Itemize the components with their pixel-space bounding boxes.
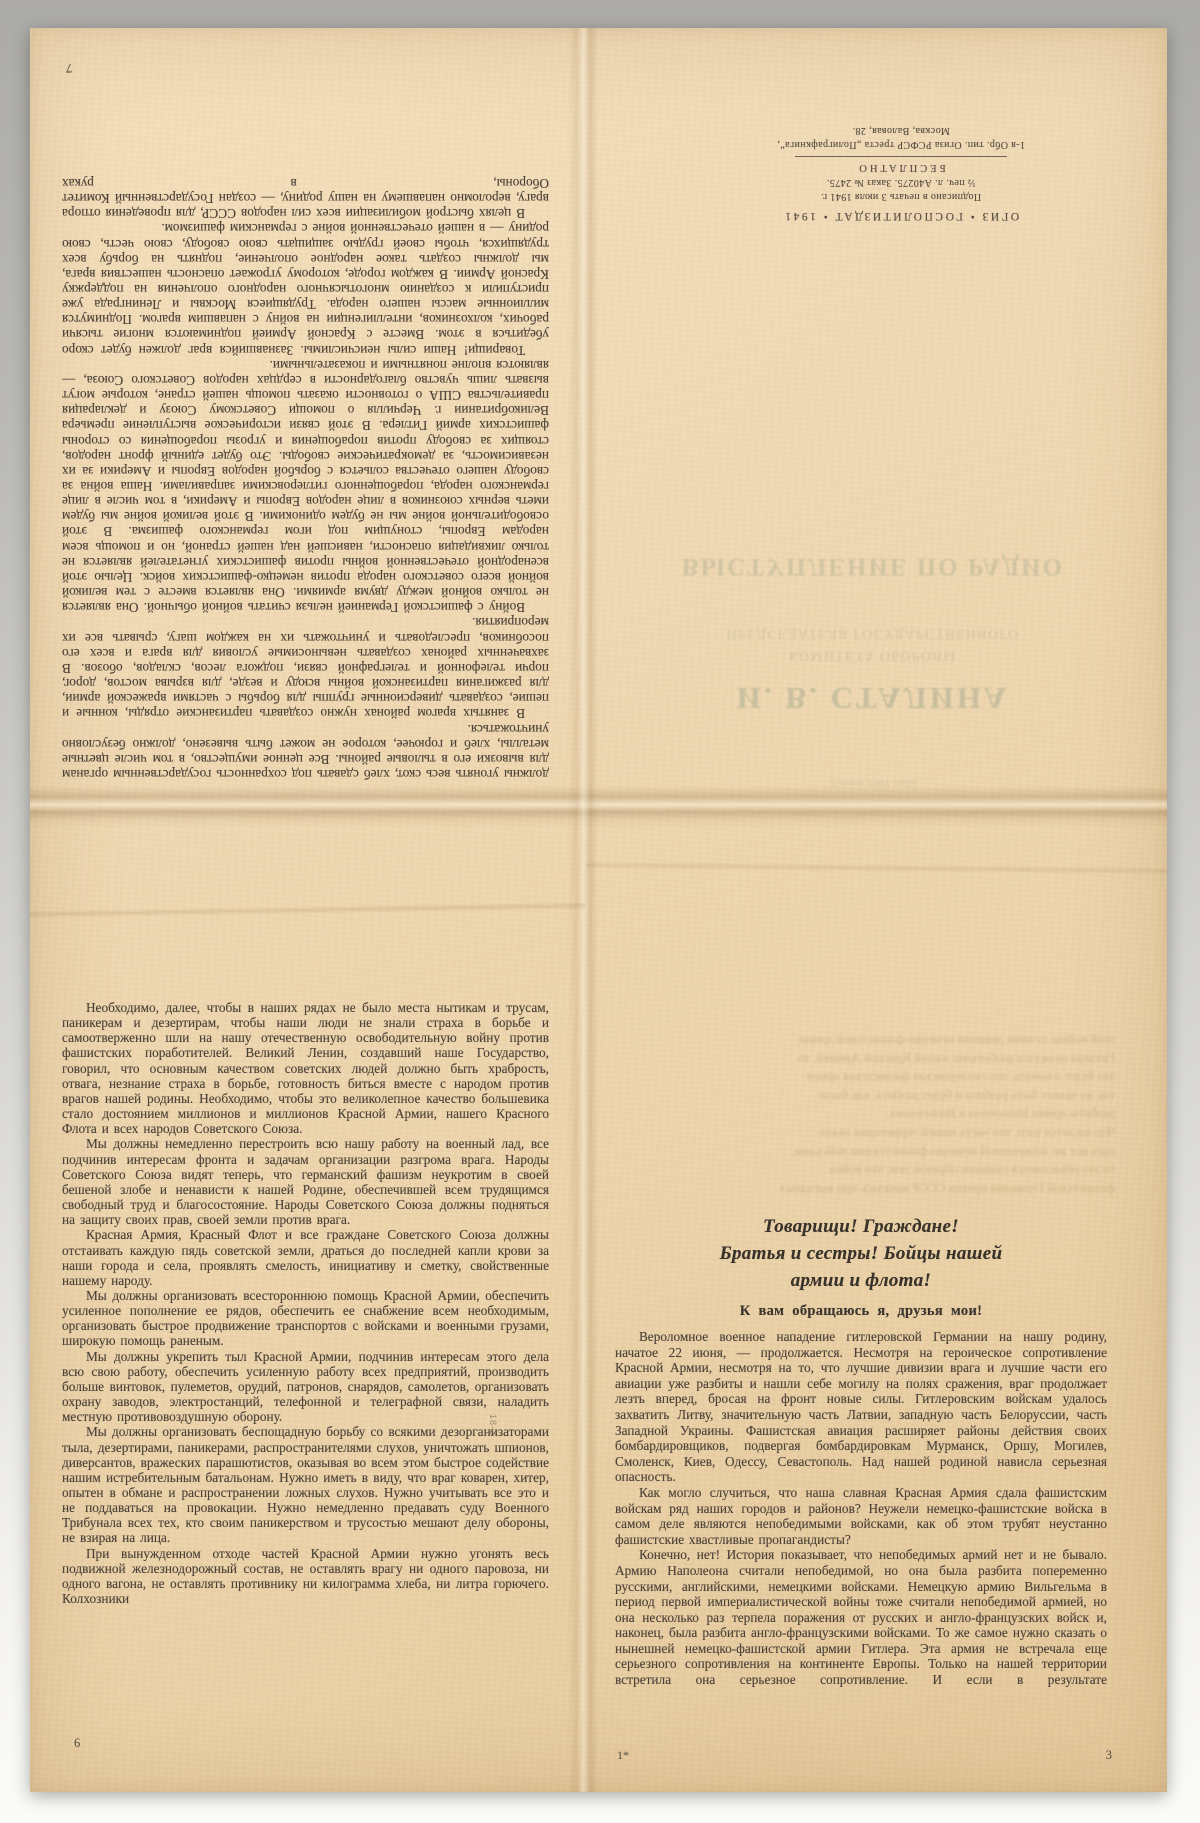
ghost-title-line: ПРЕДСЕДАТЕЛЯ ГОСУДАРСТВЕННОГО [620, 626, 1126, 642]
page3: Товарищи! Граждане! Братья и сестры! Бой… [615, 1213, 1107, 1688]
colophon-print-info-2: ½ печ. л. А40275. Заказ № 2475. [658, 176, 1144, 190]
page7-paragraph: В занятых врагом районах нужно создавать… [62, 615, 549, 721]
vertical-fold-crease [568, 28, 598, 1792]
page7-page-number: 7 [66, 60, 72, 75]
colophon-price-line: БЕСПЛАТНО [658, 162, 1144, 173]
page6-paragraph: Мы должны организовать беспощадную борьб… [62, 1424, 549, 1545]
scanned-leaflet-photo: { "page7": { "number": "7", "paragraphs"… [0, 0, 1200, 1823]
page7-paragraph: Войну с фашистской Германией нельзя счит… [62, 358, 549, 616]
showthrough-line: этой войны лучшие дивизии немецко-фашист… [618, 1030, 1115, 1049]
page7-upside-down: должны угонять весь скот, хлеб сдавать п… [62, 58, 549, 782]
page6-paragraph: Красная Армия, Красный Флот и все гражда… [62, 1227, 549, 1288]
unfolded-leaflet-sheet: должны угонять весь скот, хлеб сдавать п… [30, 28, 1167, 1792]
printers-signature-mark: 18-2 [488, 1414, 498, 1436]
colophon-upside-down: ОГИЗ • ГОСПОЛИТИЗДАТ • 1941 Подписано в … [658, 92, 1144, 222]
colophon-print-info-1: Подписано в печать 3 июля 1941 г. [658, 190, 1144, 204]
page3-paragraph: Вероломное военное нападение гитлеровско… [615, 1329, 1107, 1485]
colophon-printer-line-2: Москва, Валовая, 28. [658, 124, 1144, 138]
colophon-printer-line-1: 1-я Обр. тип. Огиза РСФСР треста „Полигр… [658, 138, 1144, 152]
page7-paragraph: Товарищи! Наши силы неисчислимы. Зазнавш… [62, 221, 549, 357]
page6-paragraph: Мы должны укрепить тыл Красной Армии, по… [62, 1349, 549, 1425]
heading-line: Братья и сестры! Бойцы нашей [615, 1240, 1107, 1267]
page7-paragraph: должны угонять весь скот, хлеб сдавать п… [62, 721, 549, 782]
showthrough-line: так же может быть разбита и будет разбит… [618, 1086, 1115, 1105]
page6-paragraph: Необходимо, далее, чтобы в наших рядах н… [62, 1000, 549, 1136]
showthrough-line: Что касается того, что часть нашей терри… [618, 1123, 1115, 1142]
minor-crease-right [586, 861, 1167, 875]
heading-line: Товарищи! Граждане! [615, 1213, 1107, 1240]
page3-signature-mark: 1* [617, 1748, 629, 1763]
showthrough-line: то это объясняется главным образом тем, … [618, 1160, 1115, 1179]
colophon-rule [795, 156, 1007, 157]
page3-page-number: 3 [1092, 1748, 1112, 1763]
showthrough-line: фашистской Германии против СССР началась… [618, 1179, 1115, 1198]
showthrough-line: лась все же захваченной немецко-фашистск… [618, 1142, 1115, 1161]
heading-line: армии и флота! [615, 1267, 1107, 1294]
ghost-title-line: КОМИТЕТА ОБОРОНЫ [620, 648, 1126, 664]
page6-page-number: 6 [74, 1736, 80, 1751]
page6-paragraph: Мы должны немедленно перестроить всю наш… [62, 1136, 549, 1227]
page7-paragraph: В целях быстрой мобилизации всех сил нар… [62, 176, 549, 221]
showthrough-line: разбиты армии Наполеона и Вильгельма. [618, 1104, 1115, 1123]
minor-crease-left [30, 902, 585, 919]
page6-paragraph: При вынужденном отходе частей Красной Ар… [62, 1546, 549, 1607]
page3-paragraph: Как могло случиться, что наша славная Кр… [615, 1485, 1107, 1547]
showthrough-line: это будет означать, что гитлеровская фаш… [618, 1067, 1115, 1086]
page6: Необходимо, далее, чтобы в наших рядах н… [62, 1000, 549, 1736]
page6-paragraph: Мы должны организовать всестороннюю помо… [62, 1288, 549, 1349]
page3-paragraph: Конечно, нет! История показывает, что не… [615, 1547, 1107, 1687]
ghost-author-line: И. В. СТАЛИНА [620, 680, 1126, 716]
ghost-title-line: ВЫСТУПЛЕНИЕ ПО РАДИО [620, 552, 1126, 580]
page3-body: Вероломное военное нападение гитлеровско… [615, 1329, 1107, 1688]
horizontal-fold-crease [30, 786, 1167, 828]
cover-title-showthrough: ВЫСТУПЛЕНИЕ ПО РАДИО ПРЕДСЕДАТЕЛЯ ГОСУДА… [620, 552, 1126, 814]
colophon-publisher-line: ОГИЗ • ГОСПОЛИТИЗДАТ • 1941 [658, 210, 1144, 222]
showthrough-line: Гитлера окажутся разбитыми нашей Красной… [618, 1049, 1115, 1068]
speech-heading: Товарищи! Граждане! Братья и сестры! Бой… [615, 1213, 1107, 1294]
salutation-line: К вам обращаюсь я, друзья мои! [615, 1303, 1107, 1320]
